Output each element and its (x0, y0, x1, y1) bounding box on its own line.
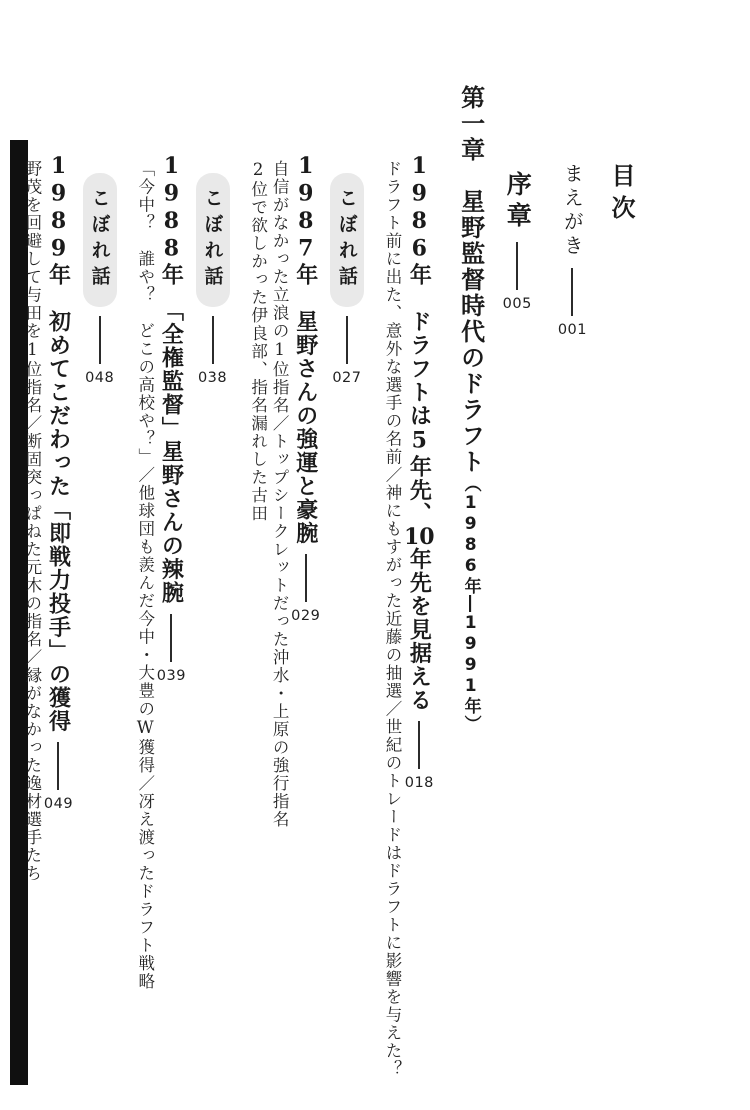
text-segment: 年 「全権監督」星野さんの辣腕 (158, 263, 184, 605)
toc-entry-maegaki: まえがき001 (558, 85, 587, 1080)
page-title: 目次 (609, 85, 633, 1080)
toc-entry-joshou: 序章005 (503, 85, 532, 1080)
text-segment: 1991 (461, 613, 481, 697)
kobore-badge-027: こぼれ話027 (332, 85, 361, 1080)
leader-line (305, 554, 307, 602)
toc-desc-1988: 「今中？ 誰や？ どこの高校や？」／他球団も羨んだ今中・大豊のW獲得／冴え渡った… (136, 85, 153, 1080)
leader-line (99, 316, 101, 364)
kobore-pill-label: こぼれ話 (330, 173, 364, 307)
text-segment: 1987 (293, 153, 319, 263)
text-segment: 1986 (461, 493, 481, 577)
text-segment: 自信がなかった立浪の (270, 160, 289, 340)
toc-desc-1986: ドラフト前に出た、意外な選手の名前／神にもすがった近藤の抽選／世紀のトレードはド… (384, 85, 401, 1080)
text-segment: W (136, 718, 155, 739)
toc-entry-1986: 1986年 ドラフトは5年先、10年先を見据える018 (404, 85, 435, 1080)
text-segment: （ (461, 475, 481, 493)
leader-line (170, 614, 172, 662)
chapter-1-heading: 第一章 星野監督時代のドラフト（1986年―1991年） (459, 85, 483, 1080)
leader-line (57, 742, 59, 790)
text-segment: 年 初めてこだわった「即戦力投手」の獲得 (45, 263, 71, 733)
text-segment: 位指名／トップシークレットだった沖水・上原の強行指名 (270, 361, 289, 829)
text-segment: 序章 (503, 171, 532, 233)
text-segment: 年― (461, 577, 481, 613)
text-segment: 位指名／断固突っぱねた元木の指名／縁がなかった逸材選手たち (23, 361, 42, 883)
kobore-pill-label: こぼれ話 (83, 173, 117, 307)
page-number: 018 (405, 776, 434, 791)
kobore-pill-label: こぼれ話 (196, 173, 230, 307)
text-segment: 年） (461, 697, 481, 733)
page-number: 005 (503, 297, 532, 312)
text-segment: 第一章 星野監督時代のドラフト (457, 85, 485, 475)
text-segment: 1 (23, 340, 42, 361)
toc-entry-1989: 1989年 初めてこだわった「即戦力投手」の獲得049 (44, 85, 73, 1080)
leader-line (571, 268, 573, 316)
text-segment: 1988 (158, 153, 184, 263)
leader-line (212, 316, 214, 364)
text-segment: 「今中？ 誰や？ どこの高校や？」／他球団も羨んだ今中・大豊の (136, 160, 155, 718)
text-segment: 年 星野さんの強運と豪腕 (293, 263, 319, 545)
toc-desc-1989: 野茂を回避して与田を1位指名／断固突っぱねた元木の指名／縁がなかった逸材選手たち (23, 85, 40, 1080)
text-segment: 10 (404, 526, 435, 548)
leader-line (516, 242, 518, 290)
text-segment: 野茂を回避して与田を (23, 160, 42, 340)
text-segment: 獲得／冴え渡ったドラフト戦略 (136, 739, 155, 991)
text-segment: 位で欲しかった伊良部、指名漏れした古田 (249, 181, 268, 523)
page-number: 001 (558, 323, 587, 338)
text-segment: 5 (406, 428, 432, 456)
page-number: 039 (157, 669, 186, 684)
text-segment: 1989 (45, 153, 71, 263)
page-number: 038 (198, 371, 227, 386)
kobore-badge-038: こぼれ話038 (198, 85, 227, 1080)
page-number: 049 (44, 797, 73, 812)
text-segment: 年先を見据える (406, 548, 432, 713)
text-segment: 年 ドラフトは (406, 263, 432, 428)
toc-entry-1988: 1988年 「全権監督」星野さんの辣腕039 (157, 85, 186, 1080)
text-segment: 1 (270, 340, 289, 361)
text-segment: 年先、 (406, 455, 432, 526)
text-segment: 1986 (406, 153, 432, 263)
leader-line (346, 316, 348, 364)
page-number: 029 (291, 609, 320, 624)
toc-desc-1987-line1: 自信がなかった立浪の1位指名／トップシークレットだった沖水・上原の強行指名 (271, 85, 288, 1080)
toc-desc-1987-line2: 2位で欲しかった伊良部、指名漏れした古田 (249, 85, 266, 1080)
leader-line (418, 721, 420, 769)
text-segment: ドラフト前に出た、意外な選手の名前／神にもすがった近藤の抽選／世紀のトレードはド… (383, 160, 402, 1078)
table-of-contents: 目次 まえがき001 序章005 第一章 星野監督時代のドラフト（1986年―1… (23, 85, 633, 1080)
toc-entry-1987: 1987年 星野さんの強運と豪腕029 (291, 85, 320, 1080)
page-number: 027 (332, 371, 361, 386)
text-segment: まえがき (560, 163, 584, 259)
text-segment: 2 (249, 160, 268, 181)
kobore-badge-048: こぼれ話048 (85, 85, 114, 1080)
page-number: 048 (85, 371, 114, 386)
